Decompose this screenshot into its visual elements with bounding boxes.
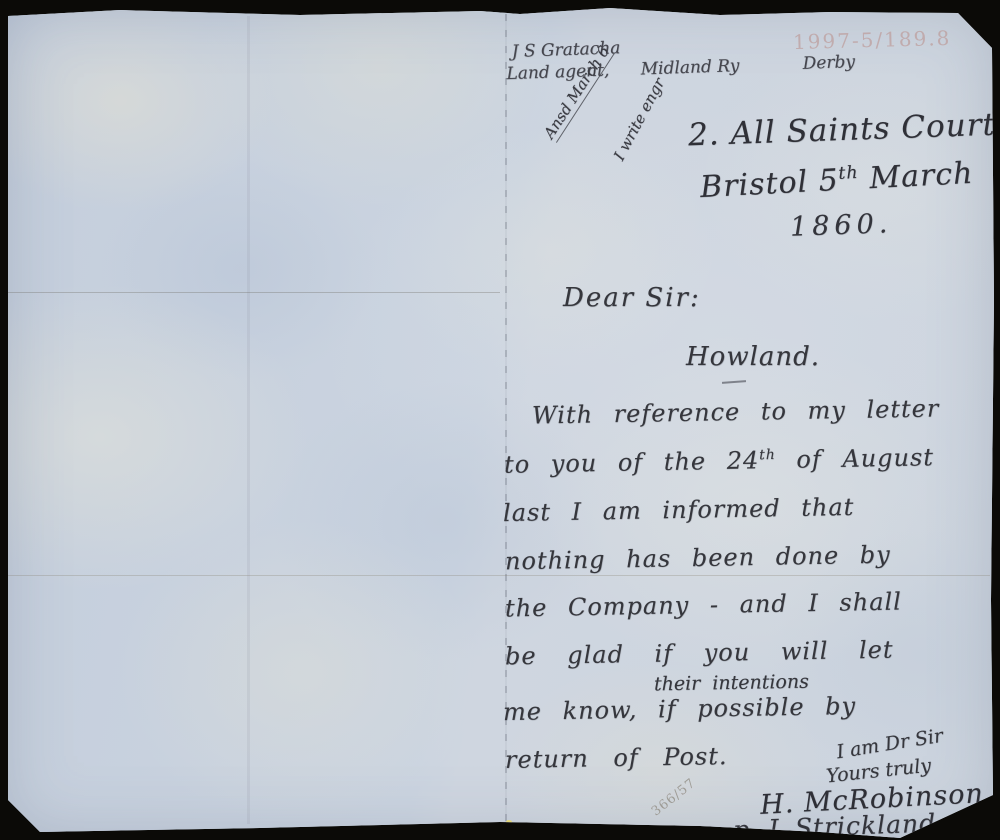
upper-horizontal-crease — [8, 292, 500, 293]
date-line: Bristol 5th March — [699, 156, 974, 205]
subject-name: Howland. — [686, 342, 820, 372]
letter-photograph: J S Gratacha Land agent, Midland Ry Derb… — [0, 0, 1000, 840]
letter-sheet: J S Gratacha Land agent, Midland Ry Derb… — [0, 0, 1000, 840]
body-line-4: nothing has been done by — [505, 541, 891, 576]
body-line-2-post: of August — [776, 443, 935, 474]
lower-horizontal-crease — [8, 575, 990, 576]
body-line-7: me know, if possible by — [503, 692, 857, 726]
year-line: 1860. — [789, 208, 892, 243]
body-line-2-pre: to you of the 24 — [504, 446, 760, 478]
date-post: March — [858, 156, 974, 197]
body-line-3: last I am informed that — [503, 493, 855, 527]
subject-underline-dash — [722, 380, 746, 384]
paper-speck — [506, 820, 512, 824]
pencil-numbers: 366/57 — [649, 776, 699, 820]
body-line-2-ordinal: th — [759, 447, 776, 463]
interlinear-insert: their intentions — [654, 671, 809, 696]
body-line-5: the Company - and I shall — [505, 588, 902, 623]
body-line-8: return of Post. — [505, 742, 728, 774]
date-ordinal: th — [838, 163, 859, 184]
body-line-6: be glad if you will let — [505, 636, 894, 671]
address-line: 2. All Saints Court — [687, 107, 996, 154]
body-line-2: to you of the 24th of August — [504, 443, 934, 478]
docket-place: Derby — [802, 52, 855, 74]
salutation: Dear Sir: — [563, 283, 701, 313]
body-line-1: With reference to my letter — [532, 394, 940, 429]
diagonal-note-write: I write engr — [610, 75, 668, 163]
left-page-vertical-crease — [247, 16, 250, 824]
date-pre: Bristol 5 — [699, 163, 839, 205]
archive-number: 1997-5/189.8 — [793, 26, 952, 54]
